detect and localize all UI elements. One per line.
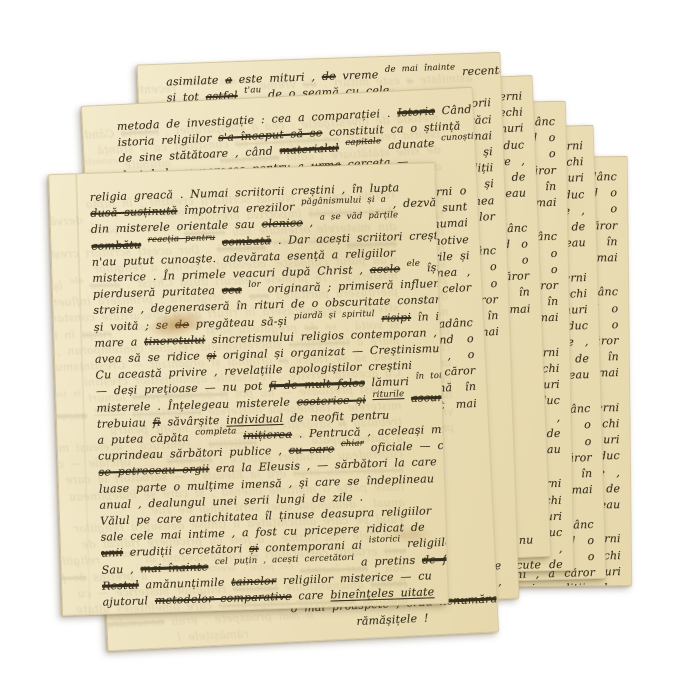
struck-word: și [249,542,259,555]
inserted-word: a se văd părțile [320,216,399,218]
handwriting-word: a putea căpăta [97,431,195,447]
handwriting-word: își [420,261,440,275]
manuscript-page-1: religia greacă . Numai scriitorii crești… [48,162,449,616]
inserted-word: completa [195,431,236,432]
handwriting-word: care [292,589,331,603]
handwriting-word: de neofit pentru [283,408,389,424]
handwriting-word: lămuri [365,375,416,390]
struck-word: esoterice și [297,393,367,408]
handwriting-word: trebuiau [97,416,153,431]
struck-word: reacția pentru [148,238,215,240]
handwriting-word: amănunțimile [139,576,232,592]
struck-word: materialul [279,142,339,158]
struck-word: unii [101,546,123,560]
handwritten-text: religia greacă . Numai scriitorii crești… [49,163,448,615]
struck-word: inițierea [243,428,292,443]
handwriting-word: individual [226,412,283,427]
handwriting-word: și voită ; se [94,318,176,334]
struck-word: Restul [102,578,139,592]
struck-word: susținută [124,204,178,219]
struck-word: elenice [261,217,303,231]
struck-word: fi de mult folos [269,377,365,393]
handwriting-word: împotriva ereziilor [177,200,301,217]
handwriting-word: pierduseră puritatea [93,284,222,301]
struck-word: metodelor comparative [155,590,292,607]
struck-word: se petreceau orgii [98,463,209,479]
handwriting-word: religiilor . [400,536,449,551]
handwriting-word: asimilate [166,73,226,88]
handwriting-word: , [303,216,320,230]
inserted-word: cel puțin , acești cercetători [215,557,354,561]
struck-word: tainelor [231,574,276,588]
struck-word: combată [222,234,272,249]
struck-word: de [322,70,336,83]
handwriting-word: mare a [94,335,144,350]
handwriting-word: rămășițele ! [356,611,429,628]
inserted-word: istorici [369,540,400,541]
struck-word: mai înainte [140,560,208,575]
struck-word: tineretului [144,333,206,348]
struck-word: dusă [90,206,124,220]
handwriting-word: pregăteau să-și [189,314,294,330]
handwriting-word: Sau , [101,562,140,576]
handwriting-word: ajutorul [102,594,155,609]
struck-word: capitale [345,142,381,144]
struck-word: risipi [381,310,411,324]
handwriting-word: Când [435,103,472,118]
handwriting-word: vreme [336,68,386,83]
struck-word: cea [222,283,242,297]
handwriting-word [242,283,249,296]
struck-word: chiar [341,444,364,445]
inserted-word: t'au [244,90,261,91]
handwriting-word: este mituri , [232,70,322,86]
handwriting-word: oficiale — cum [364,439,449,455]
inserted-word: riturile [372,394,404,395]
inserted-word: de mai înainte [385,67,455,69]
struck-word: Istoria [397,105,435,120]
struck-word: de fapt [422,552,449,566]
inserted-word: păgânismului și a [301,200,386,203]
inserted-word: piardă și spiritul [294,314,375,317]
handwriting-word: a pretins [354,553,422,568]
handwriting-word: bineînțeles uitate [330,585,434,601]
photo-of-manuscript: orice încercare de a pătrunde înțelesul … [0,0,700,700]
struck-word: acele [370,262,401,276]
struck-word: de [175,317,189,330]
struck-word: cu care [289,443,335,457]
struck-word: combătu [91,238,141,253]
handwriting-word [400,262,407,275]
handwriting-word: avea să se ridice [95,349,207,366]
handwriting-word: adunate [381,137,442,153]
